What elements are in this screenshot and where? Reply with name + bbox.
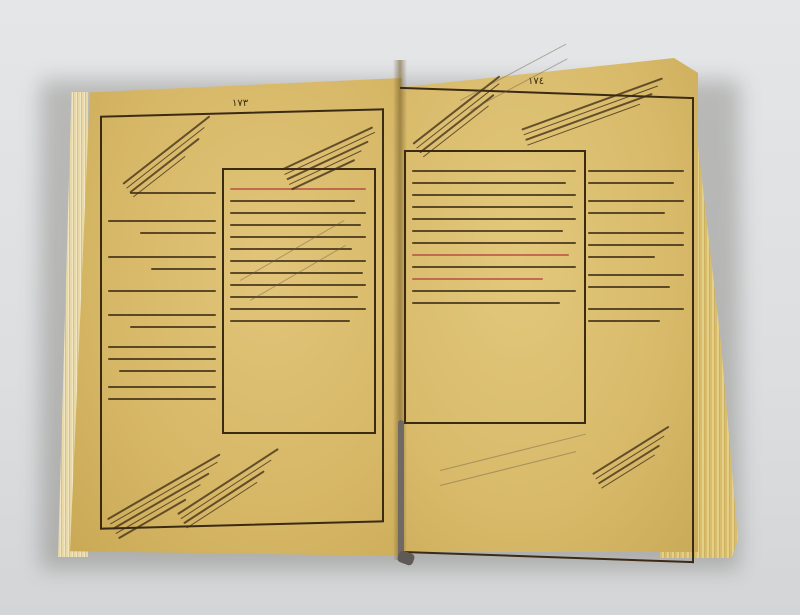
left-page-number: ١٧٣ xyxy=(232,98,248,109)
right-main-text xyxy=(412,160,576,314)
right-side-commentary xyxy=(588,160,684,332)
bookmark-ribbon xyxy=(398,420,404,560)
left-main-text xyxy=(230,178,366,332)
left-side-commentary xyxy=(108,182,216,410)
